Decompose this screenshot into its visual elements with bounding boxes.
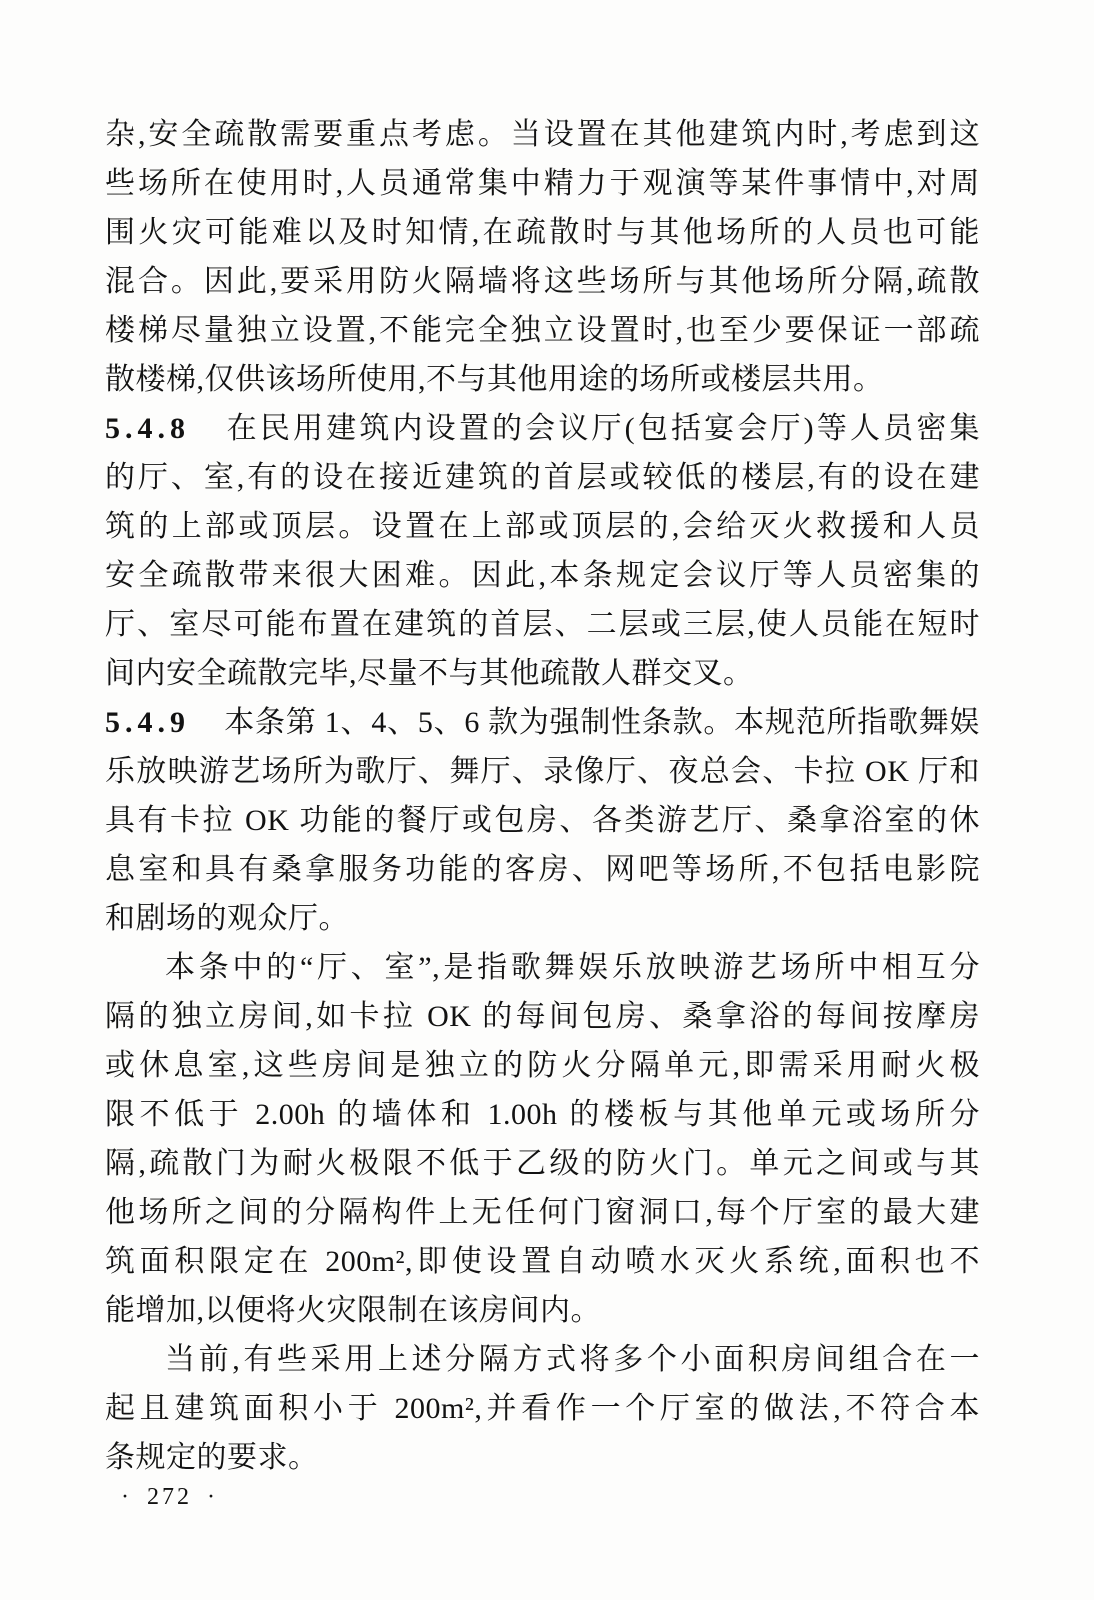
section-paragraph-5.4.8: 5.4.8在民用建筑内设置的会议厅(包括宴会厅)等人员密集的厅、室,有的设在接近… [105,404,980,698]
text-line: 5.4.9本条第 1、4、5、6 款为强制性条款。本规范所指歌舞娱 [105,698,980,747]
section-paragraph-5.4.9: 5.4.9本条第 1、4、5、6 款为强制性条款。本规范所指歌舞娱乐放映游艺场所… [105,698,980,943]
text-line: 他场所之间的分隔构件上无任何门窗洞口,每个厅室的最大建 [105,1188,980,1237]
text-line: 散楼梯,仅供该场所使用,不与其他用途的场所或楼层共用。 [105,355,980,404]
text-line: 筑的上部或顶层。设置在上部或顶层的,会给灭火救援和人员 [105,502,980,551]
paragraph: 杂,安全疏散需要重点考虑。当设置在其他建筑内时,考虑到这些场所在使用时,人员通常… [105,110,980,404]
text-line: 条规定的要求。 [105,1433,980,1482]
text-line: 乐放映游艺场所为歌厅、舞厅、录像厅、夜总会、卡拉 OK 厅和 [105,747,980,796]
text-line: 安全疏散带来很大困难。因此,本条规定会议厅等人员密集的 [105,551,980,600]
document-page: 杂,安全疏散需要重点考虑。当设置在其他建筑内时,考虑到这些场所在使用时,人员通常… [0,0,1094,1600]
text-line: 起且建筑面积小于 200m²,并看作一个厅室的做法,不符合本 [105,1384,980,1433]
paragraph: 当前,有些采用上述分隔方式将多个小面积房间组合在一起且建筑面积小于 200m²,… [105,1335,980,1482]
text-line: 隔的独立房间,如卡拉 OK 的每间包房、桑拿浴的每间按摩房 [105,992,980,1041]
text-line: 能增加,以便将火灾限制在该房间内。 [105,1286,980,1335]
text-line: 限不低于 2.00h 的墙体和 1.00h 的楼板与其他单元或场所分 [105,1090,980,1139]
text-line: 具有卡拉 OK 功能的餐厅或包房、各类游艺厅、桑拿浴室的休 [105,796,980,845]
text-line: 本条中的“厅、室”,是指歌舞娱乐放映游艺场所中相互分 [105,943,980,992]
text-line: 筑面积限定在 200m²,即使设置自动喷水灭火系统,面积也不 [105,1237,980,1286]
text-line: 楼梯尽量独立设置,不能完全独立设置时,也至少要保证一部疏 [105,306,980,355]
text-line: 和剧场的观众厅。 [105,894,980,943]
text-line: 息室和具有桑拿服务功能的客房、网吧等场所,不包括电影院 [105,845,980,894]
text-line: 或休息室,这些房间是独立的防火分隔单元,即需采用耐火极 [105,1041,980,1090]
section-number: 5.4.8 [105,412,190,445]
text-line: 的厅、室,有的设在接近建筑的首层或较低的楼层,有的设在建 [105,453,980,502]
section-number: 5.4.9 [105,706,190,739]
text-line: 当前,有些采用上述分隔方式将多个小面积房间组合在一 [105,1335,980,1384]
text-line: 些场所在使用时,人员通常集中精力于观演等某件事情中,对周 [105,159,980,208]
paragraph: 本条中的“厅、室”,是指歌舞娱乐放映游艺场所中相互分隔的独立房间,如卡拉 OK … [105,943,980,1335]
page-content: 杂,安全疏散需要重点考虑。当设置在其他建筑内时,考虑到这些场所在使用时,人员通常… [105,110,980,1482]
text-line: 间内安全疏散完毕,尽量不与其他疏散人群交叉。 [105,649,980,698]
text-line: 隔,疏散门为耐火极限不低于乙级的防火门。单元之间或与其 [105,1139,980,1188]
text-line: 5.4.8在民用建筑内设置的会议厅(包括宴会厅)等人员密集 [105,404,980,453]
text-line: 厅、室尽可能布置在建筑的首层、二层或三层,使人员能在短时 [105,600,980,649]
text-line: 混合。因此,要采用防火隔墙将这些场所与其他场所分隔,疏散 [105,257,980,306]
page-number: · 272 · [121,1484,218,1511]
text-line: 杂,安全疏散需要重点考虑。当设置在其他建筑内时,考虑到这 [105,110,980,159]
text-line: 围火灾可能难以及时知情,在疏散时与其他场所的人员也可能 [105,208,980,257]
